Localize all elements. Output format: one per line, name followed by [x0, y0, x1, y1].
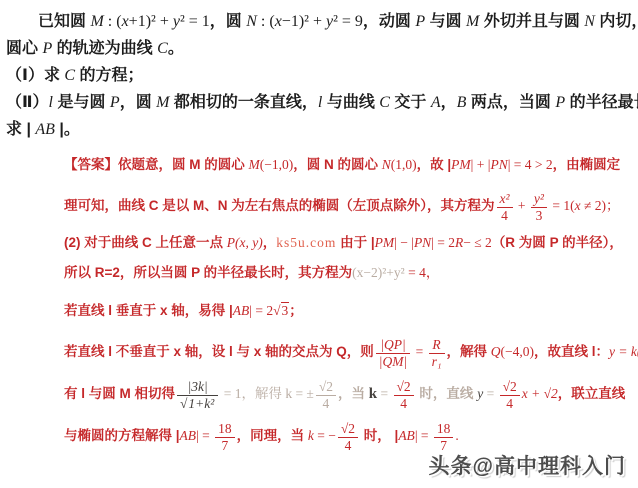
- text-run: C: [379, 94, 390, 111]
- text-run: x + √2: [522, 386, 558, 401]
- text-run: ；: [289, 303, 303, 318]
- text-run: P: [415, 13, 425, 30]
- text-run: AB: [398, 428, 415, 443]
- fraction-numerator: x²: [497, 191, 513, 208]
- text-run: M: [90, 13, 103, 30]
- text-run: 外切并且与圆: [479, 13, 584, 30]
- text-run: −1)² +: [282, 13, 326, 30]
- text-run: ，圆: [210, 13, 246, 30]
- text-run: − ≤ 2: [463, 235, 492, 250]
- fraction: y²3: [531, 191, 547, 223]
- text-run: C: [157, 40, 168, 57]
- radicand: 3: [281, 302, 290, 318]
- text-run: 与圆: [425, 13, 466, 30]
- fraction-denominator: 4: [500, 396, 520, 412]
- text-run: 由于 |: [336, 235, 374, 250]
- text-run: PM: [375, 235, 395, 250]
- text-run: 交于: [390, 94, 431, 111]
- math-document-page: 已知圆 M : (x+1)² + y² = 1，圆 N : (x−1)² + y…: [0, 0, 638, 488]
- text-run: (x, y): [235, 235, 263, 250]
- problem-line-4: （Ⅱ）l 是与圆 P，圆 M 都相切的一条直线，l 与曲线 C 交于 A，B 两…: [6, 89, 630, 116]
- text-run: AB: [233, 303, 250, 318]
- text-run: ，动圆: [363, 13, 415, 30]
- fraction: √24: [394, 379, 414, 411]
- problem-statement: 已知圆 M : (x+1)² + y² = 1，圆 N : (x−1)² + y…: [0, 0, 638, 143]
- text-run: +1)² +: [129, 13, 173, 30]
- ks5u-watermark-text: ks5u.com: [276, 235, 336, 250]
- fraction-numerator: R: [429, 337, 445, 354]
- text-run: ，解得: [447, 344, 491, 359]
- text-run: y = k(x+4): [609, 344, 638, 359]
- text-run: = −: [314, 428, 336, 443]
- text-run: ，: [263, 235, 277, 250]
- text-run: 有 l 与圆 M 相切得: [64, 386, 175, 401]
- text-run: AB: [35, 121, 55, 138]
- text-run: 所以 R=2，所以当圆 P 的半径最长时，其方程为: [64, 265, 352, 280]
- text-run: ，由椭圆定: [553, 157, 621, 172]
- text-run: ，故 |: [417, 157, 452, 172]
- answer-line-8: 与椭圆的方程解得 |AB| = 187，同理，当 k = −√24 时， |AB…: [64, 421, 632, 453]
- fraction-denominator: 4: [316, 396, 336, 412]
- text-run: : (: [104, 13, 122, 30]
- square-root: √3: [273, 302, 289, 318]
- problem-line-3: （Ⅰ）求 C 的方程；: [6, 62, 630, 89]
- text-run: PM: [451, 157, 471, 172]
- text-run: |。: [55, 121, 80, 138]
- fraction: x²4: [497, 191, 513, 223]
- text-run: P: [227, 235, 235, 250]
- text-run: ，故直线 l：: [534, 344, 609, 359]
- faded-text-run: = 1，解得 k = ±: [220, 386, 314, 401]
- text-run: (−1,0): [260, 157, 293, 172]
- fraction: √24: [338, 421, 358, 453]
- text-run: P: [110, 94, 120, 111]
- text-run: 是与圆: [53, 94, 110, 111]
- faded-text-run: ，当: [338, 386, 369, 401]
- text-run: | =: [196, 428, 213, 443]
- fraction-denominator: |QM|: [376, 354, 410, 370]
- text-run: P: [555, 94, 565, 111]
- text-run: | = 2: [431, 235, 455, 250]
- answer-line-6: 若直线 l 不垂直于 x 轴，设 l 与 x 轴的交点为 Q，则|QP||QM|…: [64, 337, 632, 369]
- text-run: N: [584, 13, 595, 30]
- text-run: y: [173, 13, 180, 30]
- text-run: | = 4 > 2: [508, 157, 553, 172]
- text-run: 的方程；: [75, 67, 143, 84]
- fraction: 187: [434, 421, 454, 453]
- text-run: N: [246, 13, 257, 30]
- text-run: ，圆 N 的圆心: [293, 157, 382, 172]
- text-run: 圆心: [6, 40, 42, 57]
- fraction-denominator: 3: [531, 208, 547, 224]
- answer-line-5: 若直线 l 垂直于 x 轴，易得 |AB| = 2√3；: [64, 301, 632, 321]
- text-run: Q: [491, 344, 501, 359]
- problem-line-5: 求 | AB |。: [6, 116, 630, 143]
- answer-line-3: (2) 对于曲线 C 上任意一点 P(x, y)，ks5u.com 由于 |PM…: [64, 233, 632, 253]
- fraction-denominator: r₁: [429, 354, 445, 370]
- problem-line-2: 圆心 P 的轨迹为曲线 C。: [6, 35, 630, 62]
- text-run: x: [275, 13, 282, 30]
- text-run: 已知圆: [38, 13, 90, 30]
- fraction-numerator: |QP|: [376, 337, 410, 354]
- fraction-numerator: √2: [316, 379, 336, 396]
- text-run: | + |: [471, 157, 491, 172]
- text-run: (2) 对于曲线 C 上任意一点: [64, 235, 227, 250]
- fraction-numerator: √2: [500, 379, 520, 396]
- fraction: Rr₁: [429, 337, 445, 369]
- text-run: | =: [415, 428, 432, 443]
- text-run: (1,0): [391, 157, 417, 172]
- faded-text-run: =: [377, 386, 391, 401]
- text-run: 时， |: [360, 428, 398, 443]
- text-run: y: [326, 13, 333, 30]
- text-run: 理可知，曲线 C 是以 M、N 为左右焦点的椭圆（左顶点除外），其方程为: [64, 198, 495, 213]
- text-run: ，圆: [120, 94, 156, 111]
- fraction-numerator: 18: [215, 421, 235, 438]
- faded-text-run: (x−2)²+y²: [352, 265, 405, 280]
- fraction-numerator: √2: [394, 379, 414, 396]
- text-run: 【答案】依题意，圆 M 的圆心: [64, 157, 249, 172]
- text-run: A: [431, 94, 441, 111]
- text-run: AB: [180, 428, 197, 443]
- text-run: M: [249, 157, 260, 172]
- text-run: 若直线 l 不垂直于 x 轴，设 l 与 x 轴的交点为 Q，则: [64, 344, 374, 359]
- text-run: ，联立直线: [558, 386, 626, 401]
- text-run: 若直线 l 垂直于 x 轴，易得 |: [64, 303, 233, 318]
- text-run: （R 为圆 P 的半径），: [492, 235, 623, 250]
- fraction: √24: [316, 379, 336, 411]
- problem-line-1: 已知圆 M : (x+1)² + y² = 1，圆 N : (x−1)² + y…: [6, 8, 630, 35]
- text-run: = 1(: [549, 198, 575, 213]
- radicand: 1+k²: [187, 395, 215, 411]
- fraction-numerator: |3k|: [177, 379, 218, 396]
- text-run: M: [466, 13, 479, 30]
- fraction: |3k|√1+k²: [177, 379, 218, 411]
- text-run: PN: [490, 157, 507, 172]
- text-run: k: [369, 386, 377, 402]
- text-run: P: [42, 40, 52, 57]
- watermark: 头条@高中理科入门: [429, 450, 626, 480]
- text-run: 内切，: [595, 13, 638, 30]
- fraction-denominator: 4: [497, 208, 513, 224]
- text-run: ≠ 2)；: [581, 198, 620, 213]
- text-run: 两点，当圆: [466, 94, 555, 111]
- text-run: 的半径最长是，: [565, 94, 638, 111]
- text-run: = 4，: [405, 265, 440, 280]
- fraction-denominator: 7: [215, 438, 235, 454]
- text-run: M: [156, 94, 169, 111]
- text-run: 。: [168, 40, 184, 57]
- text-run: B: [457, 94, 467, 111]
- answer-line-4: 所以 R=2，所以当圆 P 的半径最长时，其方程为(x−2)²+y² = 4，: [64, 263, 632, 283]
- text-run: （Ⅰ）求: [6, 67, 64, 84]
- text-run: (−4,0): [501, 344, 534, 359]
- fraction-denominator: 4: [338, 438, 358, 454]
- text-run: 求 |: [6, 121, 35, 138]
- text-run: ，同理，当: [237, 428, 308, 443]
- text-run: +: [515, 198, 529, 213]
- fraction-denominator: 4: [394, 396, 414, 412]
- answer-line-2: 理可知，曲线 C 是以 M、N 为左右焦点的椭圆（左顶点除外），其方程为x²4 …: [64, 191, 632, 223]
- fraction-denominator: √1+k²: [177, 396, 218, 412]
- fraction-numerator: √2: [338, 421, 358, 438]
- text-run: : (: [257, 13, 275, 30]
- text-run: C: [64, 67, 75, 84]
- text-run: 都相切的一条直线，: [169, 94, 317, 111]
- text-run: | − |: [394, 235, 414, 250]
- text-run: ² = 9: [333, 13, 363, 30]
- text-run: =: [412, 344, 426, 359]
- fraction-numerator: y²: [531, 191, 547, 208]
- answer-section: 【答案】依题意，圆 M 的圆心 M(−1,0)，圆 N 的圆心 N(1,0)，故…: [64, 155, 632, 453]
- text-run: PN: [414, 235, 431, 250]
- text-run: | = 2: [249, 303, 273, 318]
- answer-line-1: 【答案】依题意，圆 M 的圆心 M(−1,0)，圆 N 的圆心 N(1,0)，故…: [64, 155, 632, 175]
- fraction: 187: [215, 421, 235, 453]
- text-run: N: [382, 157, 391, 172]
- fraction-numerator: 18: [434, 421, 454, 438]
- text-run: （Ⅱ）: [6, 94, 49, 111]
- answer-line-7: 有 l 与圆 M 相切得|3k|√1+k² = 1，解得 k = ±√24，当 …: [64, 379, 632, 411]
- text-run: 与曲线: [322, 94, 379, 111]
- fraction: √24: [500, 379, 520, 411]
- text-run: ² = 1: [180, 13, 210, 30]
- faded-text-run: 时，直线: [416, 386, 478, 401]
- text-run: 与椭圆的方程解得 |: [64, 428, 180, 443]
- text-run: ，: [441, 94, 457, 111]
- fraction: |QP||QM|: [376, 337, 410, 369]
- text-run: x: [122, 13, 129, 30]
- text-run: 的轨迹为曲线: [52, 40, 157, 57]
- radical-icon: √: [273, 303, 280, 318]
- faded-text-run: =: [483, 386, 497, 401]
- text-run: .: [455, 428, 458, 443]
